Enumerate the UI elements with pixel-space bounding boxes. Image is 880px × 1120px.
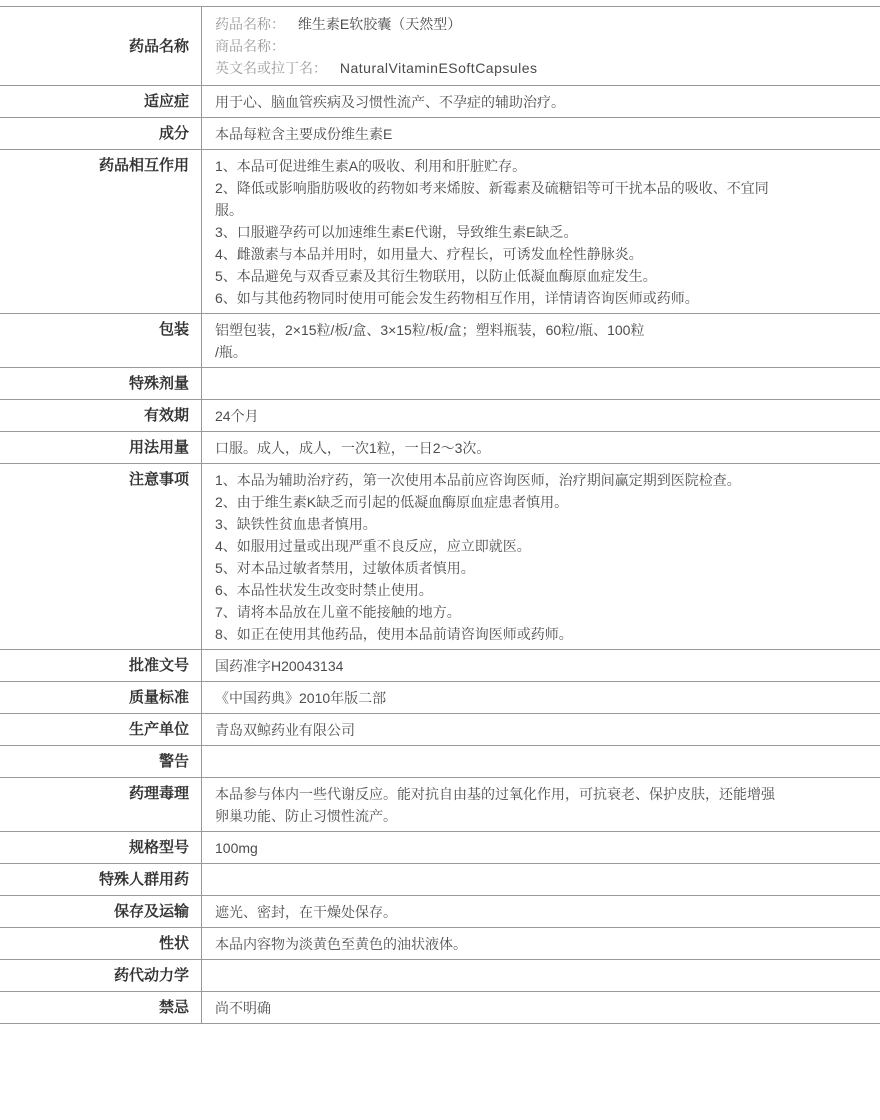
row-precautions: 注意事项 1、本品为辅助治疗药，第一次使用本品前应咨询医师，治疗期间赢定期到医院… bbox=[0, 464, 880, 650]
row-value: 24个月 bbox=[202, 400, 880, 431]
row-value: 1、本品为辅助治疗药，第一次使用本品前应咨询医师，治疗期间赢定期到医院检查。 2… bbox=[202, 464, 880, 649]
row-drug-interactions: 药品相互作用 1、本品可促进维生素A的吸收、利用和肝脏贮存。 2、降低或影响脂肪… bbox=[0, 150, 880, 314]
row-label: 包装 bbox=[0, 314, 202, 367]
row-special-dosage: 特殊剂量 bbox=[0, 368, 880, 400]
row-value: 遮光、密封，在干燥处保存。 bbox=[202, 896, 880, 927]
row-label: 警告 bbox=[0, 746, 202, 777]
drug-name-prefix: 药品名称： bbox=[215, 16, 285, 32]
row-label: 药代动力学 bbox=[0, 960, 202, 991]
row-label: 适应症 bbox=[0, 86, 202, 117]
row-value: 青岛双鲸药业有限公司 bbox=[202, 714, 880, 745]
row-label: 性状 bbox=[0, 928, 202, 959]
row-specification: 规格型号 100mg bbox=[0, 832, 880, 864]
row-description: 性状 本品内容物为淡黄色至黄色的油状液体。 bbox=[0, 928, 880, 960]
row-label: 批准文号 bbox=[0, 650, 202, 681]
row-dosage-usage: 用法用量 口服。成人，成人，一次1粒，一日2～3次。 bbox=[0, 432, 880, 464]
row-value: 铝塑包装，2×15粒/板/盒、3×15粒/板/盒；塑料瓶装，60粒/瓶、100粒… bbox=[202, 314, 880, 367]
row-quality-standard: 质量标准 《中国药典》2010年版二部 bbox=[0, 682, 880, 714]
row-label: 特殊人群用药 bbox=[0, 864, 202, 895]
row-value: 用于心、脑血管疾病及习惯性流产、不孕症的辅助治疗。 bbox=[202, 86, 880, 117]
row-label: 药品名称 bbox=[0, 7, 202, 85]
row-value: 100mg bbox=[202, 832, 880, 863]
row-label: 规格型号 bbox=[0, 832, 202, 863]
latin-name-field: 英文名或拉丁名： NaturalVitaminESoftCapsules bbox=[215, 57, 840, 79]
row-packaging: 包装 铝塑包装，2×15粒/板/盒、3×15粒/板/盒；塑料瓶装，60粒/瓶、1… bbox=[0, 314, 880, 368]
row-pharmacology-toxicology: 药理毒理 本品参与体内一些代谢反应。能对抗自由基的过氧化作用，可抗衰老、保护皮肤… bbox=[0, 778, 880, 832]
row-label: 质量标准 bbox=[0, 682, 202, 713]
drug-info-document: 药品名称 药品名称： 维生素E软胶囊（天然型） 商品名称： 英文名或拉丁名： N… bbox=[0, 0, 880, 1024]
row-label: 保存及运输 bbox=[0, 896, 202, 927]
row-value: 《中国药典》2010年版二部 bbox=[202, 682, 880, 713]
row-label: 药品相互作用 bbox=[0, 150, 202, 313]
row-value: 本品内容物为淡黄色至黄色的油状液体。 bbox=[202, 928, 880, 959]
row-label: 生产单位 bbox=[0, 714, 202, 745]
row-warning: 警告 bbox=[0, 746, 880, 778]
row-value: 尚不明确 bbox=[202, 992, 880, 1023]
trade-name-field: 商品名称： bbox=[215, 35, 840, 57]
row-contraindications: 禁忌 尚不明确 bbox=[0, 992, 880, 1024]
row-shelf-life: 有效期 24个月 bbox=[0, 400, 880, 432]
row-value: 药品名称： 维生素E软胶囊（天然型） 商品名称： 英文名或拉丁名： Natura… bbox=[202, 7, 880, 85]
row-value bbox=[202, 368, 880, 399]
row-value: 1、本品可促进维生素A的吸收、利用和肝脏贮存。 2、降低或影响脂肪吸收的药物如考… bbox=[202, 150, 880, 313]
row-approval-number: 批准文号 国药准字H20043134 bbox=[0, 650, 880, 682]
row-label: 用法用量 bbox=[0, 432, 202, 463]
drug-info-table: 药品名称 药品名称： 维生素E软胶囊（天然型） 商品名称： 英文名或拉丁名： N… bbox=[0, 6, 880, 1024]
row-label: 药理毒理 bbox=[0, 778, 202, 831]
row-manufacturer: 生产单位 青岛双鲸药业有限公司 bbox=[0, 714, 880, 746]
row-indications: 适应症 用于心、脑血管疾病及习惯性流产、不孕症的辅助治疗。 bbox=[0, 86, 880, 118]
drug-name-field: 药品名称： 维生素E软胶囊（天然型） bbox=[215, 13, 840, 35]
trade-name-prefix: 商品名称： bbox=[215, 38, 285, 54]
row-label: 注意事项 bbox=[0, 464, 202, 649]
row-ingredients: 成分 本品每粒含主要成份维生素E bbox=[0, 118, 880, 150]
row-label: 禁忌 bbox=[0, 992, 202, 1023]
row-value: 口服。成人，成人，一次1粒，一日2～3次。 bbox=[202, 432, 880, 463]
row-value bbox=[202, 864, 880, 895]
row-label: 特殊剂量 bbox=[0, 368, 202, 399]
row-drug-name: 药品名称 药品名称： 维生素E软胶囊（天然型） 商品名称： 英文名或拉丁名： N… bbox=[0, 7, 880, 86]
latin-name-prefix: 英文名或拉丁名： bbox=[215, 60, 327, 76]
row-value: 本品参与体内一些代谢反应。能对抗自由基的过氧化作用，可抗衰老、保护皮肤，还能增强… bbox=[202, 778, 880, 831]
latin-name-value: NaturalVitaminESoftCapsules bbox=[340, 60, 538, 76]
row-value bbox=[202, 960, 880, 991]
row-value: 本品每粒含主要成份维生素E bbox=[202, 118, 880, 149]
row-storage-transport: 保存及运输 遮光、密封，在干燥处保存。 bbox=[0, 896, 880, 928]
row-label: 成分 bbox=[0, 118, 202, 149]
row-value: 国药准字H20043134 bbox=[202, 650, 880, 681]
row-label: 有效期 bbox=[0, 400, 202, 431]
row-special-populations: 特殊人群用药 bbox=[0, 864, 880, 896]
row-value bbox=[202, 746, 880, 777]
drug-name-value: 维生素E软胶囊（天然型） bbox=[298, 16, 461, 32]
row-pharmacokinetics: 药代动力学 bbox=[0, 960, 880, 992]
